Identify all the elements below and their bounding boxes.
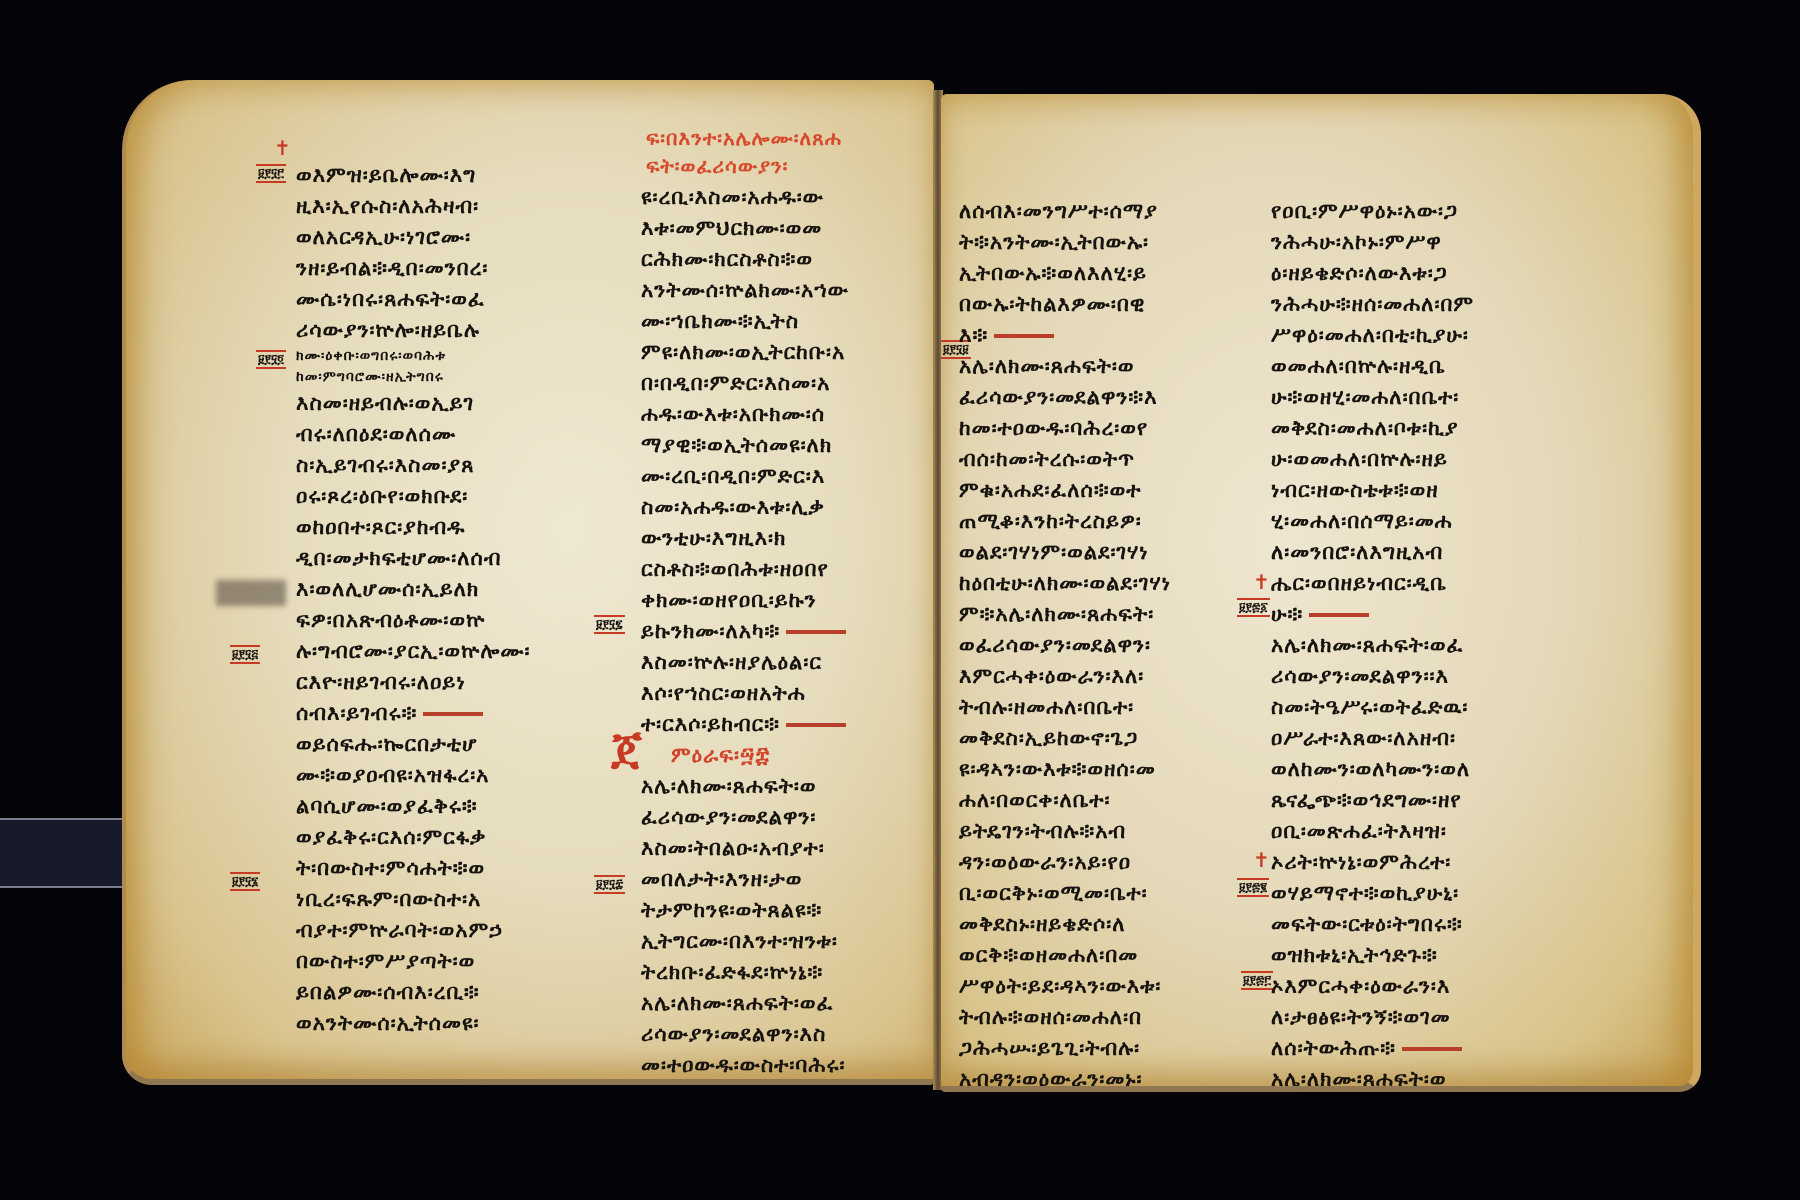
text-line: ርእዮ፡ዘይገብሩ፡ለዐይነ [296,667,531,698]
text-line: ሥዋዕት፡ይደ፡ዳኣን፡ውእቱ፡ [959,971,1171,1002]
text-line: ውንቲሁ፡እግዚእ፡ክ [641,523,852,554]
text-line: ቀክሙ፡ወዘየዐቢ፡ይኩን [641,585,852,616]
text-line: ወይሰፍሑ፡ኰርበታቲሆ [296,729,531,760]
text-line: ሁ፨ወዘሂ፡መሐለ፡በቤተ፡ [1271,382,1474,413]
text-line: ኦእምርሓቀ፡ዕውራን፡እ [1271,971,1474,1002]
text-line: አሌ፡ለክሙ፡ጸሐፍት፡ወ [959,351,1171,382]
margin-section-number: ፱፻፶፮ [230,872,260,891]
text-line: ብያተ፡ምኵራባት፡ወአምኃ [296,915,531,946]
text-line: ለ፡መንበሮ፡ለእግዚአብ [1271,537,1474,568]
text-line: ትብሉ፨ወዘሰ፡መሐለ፡በ [959,1002,1171,1033]
text-line: ዚእ፡ኢየሱስ፡ለአሕዛብ፡ [296,191,531,222]
text-line: መ፡ተዐውዱ፡ውስተ፡ባሕሩ፡ [641,1050,852,1081]
text-line: ት፡በውስተ፡ምሳሐት፨ወ [296,853,531,884]
text-line: ስ፡ኢይገብሩ፡እስመ፡ያጸ [296,450,531,481]
margin-cross-icon: ✝ [1253,848,1270,872]
text-line: ቢ፡ወርቅኑ፡ወሚመ፡ቤተ፡ [959,878,1171,909]
text-line: ሉ፡ግብሮሙ፡ያርኢ፡ወኵሎሙ፡ [296,636,531,667]
right-page-column-1: ለሰብእ፡መንግሥተ፡ሰማያ ት፨አንትሙ፡ኢትበውኡ፡ ኢትበውኡ፨ወለእለሂ… [959,196,1171,1092]
margin-cross-icon: ✝ [1253,570,1270,594]
red-rule [786,723,846,727]
text-line: ወለከሙን፡ወለካሙን፡ወለ [1271,754,1474,785]
text-line: ሐዱ፡ውእቱ፡አቡክሙ፡ሰ [641,399,852,430]
text-line: መበለታት፡እንዘ፡ታወ [641,864,852,895]
margin-section-number: ፱፻፶፭ [230,645,260,664]
text-line: እ፡ወለሊሆሙሰ፡ኢይለክ [296,574,531,605]
text-line: ብሰ፡ከመ፡ትረሱ፡ወትጥ [959,444,1171,475]
text-line: ተ፡ርእሶ፡ይከብር፨ [641,709,852,740]
red-rule [786,630,846,634]
text-line: ወርቅ፨ወዘመሐለ፡በመ [959,940,1171,971]
rubric-heading: ፍ፡በእንተ፡አሌሎሙ፡ለጸሐ [646,124,842,152]
text-line: ዩ፡ዳኣን፡ውእቱ፨ወዘሰ፡መ [959,754,1171,785]
text-line: ትረክቡ፡ፈድፋደ፡ኵነኔ፨ [641,957,852,988]
text-line: ወፈሪሳውያን፡መደልዋን፡ [959,630,1171,661]
text-line: ት፨አንትሙ፡ኢትበውኡ፡ [959,227,1171,258]
text-line: ሙ፡ረቢ፡በዲበ፡ምድር፡እ [641,461,852,492]
text-line: ዕ፡ዘይቄድሶ፡ለውእቱ፡ጋ [1271,258,1474,289]
margin-section-number: ፱፻፷፫ [1241,971,1273,990]
text-line: እ፨ [959,320,1171,351]
text-line: ሔር፡ወበዘይነብር፡ዲቤ [1271,568,1474,599]
red-rule [994,334,1054,338]
text-line: ሰብእ፡ይገብሩ፨ [296,698,531,729]
text-line: እስመ፡ዘይብሉ፡ወኢይገ [296,388,531,419]
margin-section-number: ፱፻፷፩ [1237,598,1270,617]
text-line: አሌ፡ለክሙ፡ጸሐፍት፡ወፈ [1271,630,1474,661]
text-line: መቅደስ፡ኢይከውኖ፡ጌጋ [959,723,1171,754]
text-line: ምዩ፡ለክሙ፡ወኢትርከቡ፡አ [641,337,852,368]
text-line: ኦሪት፡ኵነኔ፡ወምሕረተ፡ [1271,847,1474,878]
text-line: ወመሐለ፡በኵሉ፡ዘዲቤ [1271,351,1474,382]
text-span: ሰብእ፡ይገብሩ፨ [296,701,417,725]
text-line: ዲበ፡መታክፍቲሆሙ፡ለሰብ [296,543,531,574]
text-line: አንትሙሰ፡ኵልክሙ፡አኀው [641,275,852,306]
ornamental-initial: ጀ [611,720,642,776]
left-page-column-2-heading: ፍ፡በእንተ፡አሌሎሙ፡ለጸሐ ፍት፡ወፈሪሳውያን፡ [646,124,842,180]
text-line: ርሕክሙ፡ክርስቶስ፨ወ [641,244,852,275]
text-line: ዐሩ፡ጾረ፡ዕቡየ፡ወክቡደ፡ [296,481,531,512]
text-line: ሙ፡ኀቤክሙ፨ኢትስ [641,306,852,337]
text-line: ይትዴገን፡ትብሉ፨አብ [959,816,1171,847]
margin-section-number: ፱፻፶፬ [256,350,286,369]
text-line: ሁ፨ [1271,599,1474,630]
text-line: ነብር፡ዘውስቴቱ፨ወዘ [1271,475,1474,506]
text-line: ፈሪሳውያን፡መደልዋን፨እ [959,382,1171,413]
text-line: ጋሕሓሡ፡ይጌጊ፡ትብሉ፡ [959,1033,1171,1064]
text-line: ዐሥራተ፡እጸው፡ለአዘብ፡ [1271,723,1474,754]
text-line: ሪሳውያን፡መደልዋን፡እስ [641,1019,852,1050]
text-span: ይኩንክሙ፡ለአካ፨ [641,619,780,643]
text-line: ይኩንክሙ፡ለአካ፨ [641,616,852,647]
red-rule [1309,613,1369,617]
ink-stain [216,580,286,606]
margin-cross-icon: ✝ [274,136,291,160]
text-line: አብዳን፡ወዕውራን፡መኑ፡ [959,1064,1171,1092]
text-line: ርስቶስ፨ወበሕቱ፡ዘዐበየ [641,554,852,585]
text-line: ዐቢ፡መጽሐፈ፡ትእዛዝ፡ [1271,816,1474,847]
text-line: እስመ፡ትበልዑ፡አብያተ፡ [641,833,852,864]
text-line: ማያዊ፨ወኢትሰመዩ፡ለክ [641,430,852,461]
right-page: ፱፻፶፱ ለሰብእ፡መንግሥተ፡ሰማያ ት፨አንትሙ፡ኢትበውኡ፡ ኢትበውኡ፨… [941,94,1701,1092]
text-line: ወልደ፡ገሃነም፡ወልደ፡ገሃነ [959,537,1171,568]
text-line: ፈሪሳውያን፡መደልዋን፡ [641,802,852,833]
text-line: ም፨አሌ፡ለክሙ፡ጸሐፍት፡ [959,599,1171,630]
text-line: ሙሴ፡ነበሩ፡ጸሐፍት፡ወፈ [296,284,531,315]
text-line: ጠሚቆ፡እንከ፡ትረስይዎ፡ [959,506,1171,537]
text-line: ንሕሓሁ፡አኮኑ፡ምሥዋ [1271,227,1474,258]
left-page-column-2: ዩ፡ረቢ፡እስመ፡አሐዱ፡ው እቱ፡መምህርክሙ፡ወመ ርሕክሙ፡ክርስቶስ፨ወ… [641,182,852,1081]
text-line: ሥዋዕ፡መሐለ፡በቲ፡ኪያሁ፡ [1271,320,1474,351]
text-span: ሁ፨ [1271,602,1303,626]
text-line: ንዘ፡ይብል፨ዲበ፡መንበረ፡ [296,253,531,284]
text-line: እምርሓቀ፡ዕውራን፡እለ፡ [959,661,1171,692]
text-line: ሪሳውያን፡ኵሎ፡ዘይቤሉ [296,315,531,346]
text-line: ንሕሓሁ፨ዘሰ፡መሐለ፡በም [1271,289,1474,320]
text-span: ተ፡ርእሶ፡ይከብር፨ [641,712,780,736]
text-line: ዳን፡ወዕውራን፡አይ፡የዐ [959,847,1171,878]
text-line: እሶ፡የኀስር፡ወዘአትሐ [641,678,852,709]
text-line: አሌ፡ለክሙ፡ጸሐፍት፡ወፈ [641,988,852,1019]
margin-section-number: ፱፻፶፯ [594,615,625,634]
text-line: ለ፡ታፀፅዩ፡ትንኝ፨ወገመ [1271,1002,1474,1033]
text-line: መፍትው፡ርቱዕ፡ትግበሩ፨ [1271,909,1474,940]
text-line: ጼናፌጭ፨ወኅደግሙ፡ዘየ [1271,785,1474,816]
text-line: በውስተ፡ምሥያጣት፡ወ [296,946,531,977]
text-line: ሙ፨ወያዐብዩ፡አዝፋረ፡አ [296,760,531,791]
red-rule [423,712,483,716]
text-line: ወለአርዳኢሁ፡ነገሮሙ፡ [296,222,531,253]
text-line: አሌ፡ለክሙ፡ጸሐፍት፡ወ [641,771,852,802]
text-span: ለሰ፡ትውሕጡ፨ [1271,1036,1396,1060]
text-line: ስመ፡አሐዱ፡ውእቱ፡ሊቃ [641,492,852,523]
text-line: ሪሳውያን፡መደልዋን፡፡እ [1271,661,1474,692]
rubric-heading: ፍት፡ወፈሪሳውያን፡ [646,152,842,180]
text-line: ትታምከንዩ፡ወትጸልዩ፨ [641,895,852,926]
text-line: ወከዐበተ፡ጾር፡ያከብዱ [296,512,531,543]
text-line: ወእምዝ፡ይቤሎሙ፡እግ [296,160,531,191]
text-line: ወአንትሙሰ፡ኢትሰመዩ፡ [296,1008,531,1039]
text-line: ትብሉ፡ዘመሐለ፡በቤተ፡ [959,692,1171,723]
margin-section-number: ፱፻፷፪ [1237,878,1269,897]
text-line: ብሩ፡ለበዕደ፡ወለሰሙ [296,419,531,450]
text-line: መቅደስኑ፡ዘይቄድሶ፡ለ [959,909,1171,940]
left-page: ✝ ፱፻፶፫ ፱፻፶፬ ፱፻፶፭ ፱፻፶፮ ወእምዝ፡ይቤሎሙ፡እግ ዚእ፡ኢየ… [122,80,934,1085]
text-line: ከዕበቲሁ፡ለክሙ፡ወልደ፡ገሃነ [959,568,1171,599]
text-line: ሂ፡መሐለ፡በሰማይ፡መሐ [1271,506,1474,537]
text-line: እቱ፡መምህርክሙ፡ወመ [641,213,852,244]
text-line: መቅደስ፡መሐለ፡ቦቱ፡ኪያ [1271,413,1474,444]
text-line-small: ክሙ፡ዕቀቡ፡ወግበሩ፡ወባሕቱ [296,346,531,366]
margin-section-number: ፱፻፶፰ [594,875,625,894]
text-line: ለሰብእ፡መንግሥተ፡ሰማያ [959,196,1171,227]
text-line: ኢትበውኡ፨ወለእለሂ፡ይ [959,258,1171,289]
text-span: እ፨ [959,323,988,347]
red-rule [1402,1047,1462,1051]
text-line: ምቁ፡አሐደ፡ፈለሰ፨ወተ [959,475,1171,506]
text-line: ዩ፡ረቢ፡እስመ፡አሐዱ፡ው [641,182,852,213]
text-line: በውኡ፡ትከልእዎሙ፡በዊ [959,289,1171,320]
text-line: ኢትግርሙ፡በእንተ፡ዝንቱ፡ [641,926,852,957]
text-line-small: ከመ፡ምግባሮሙ፡ዘኢትግበሩ [296,366,531,388]
left-page-column-1: ወእምዝ፡ይቤሎሙ፡እግ ዚእ፡ኢየሱስ፡ለአሕዛብ፡ ወለአርዳኢሁ፡ነገሮሙ… [296,160,531,1039]
text-line: ወዝክቱኒ፡ኢትኅድጉ፨ [1271,940,1474,971]
text-line: ሁ፡ወመሐለ፡በኵሉ፡ዘይ [1271,444,1474,475]
text-line: ወያፈቅሩ፡ርእሰ፡ምርፋቃ [296,822,531,853]
open-manuscript: ✝ ፱፻፶፫ ፱፻፶፬ ፱፻፶፭ ፱፻፶፮ ወእምዝ፡ይቤሎሙ፡እግ ዚእ፡ኢየ… [115,72,1715,1097]
rubric-chapter-line: ምዕራፍ፡፵፰ [641,740,852,771]
text-line: እስመ፡ኵሉ፡ዘያሌዕል፡ር [641,647,852,678]
margin-section-number: ፱፻፶፫ [256,164,286,183]
text-line: ነቢረ፡ፍጹም፡በውስተ፡አ [296,884,531,915]
text-line: ስመ፡ትዔሥሩ፡ወትፈድዉ፡ [1271,692,1474,723]
text-line: ለሰ፡ትውሕጡ፨ [1271,1033,1474,1064]
right-page-column-2: የዐቢ፡ምሥዋዕኑ፡አው፡ጋ ንሕሓሁ፡አኮኑ፡ምሥዋ ዕ፡ዘይቄድሶ፡ለውእቱ… [1271,196,1474,1092]
text-line: ሐለ፡በወርቀ፡ለቤተ፡ [959,785,1171,816]
text-line: የዐቢ፡ምሥዋዕኑ፡አው፡ጋ [1271,196,1474,227]
text-line: ከመ፡ተዐውዱ፡ባሕረ፡ወየ [959,413,1171,444]
text-line: ልባሲሆሙ፡ወያፈቅሩ፨ [296,791,531,822]
text-line: በ፡በዲበ፡ምድር፡እስመ፡አ [641,368,852,399]
text-line: ይበልዎሙ፡ሰብእ፡ረቢ፨ [296,977,531,1008]
text-line: ፍዎ፡በአጽብዕቶሙ፡ወኵ [296,605,531,636]
text-line: ወሃይማኖተ፨ወኪያሁኒ፡ [1271,878,1474,909]
text-line: አሌ፡ለክሙ፡ጸሐፍት፡ወ [1271,1064,1474,1092]
